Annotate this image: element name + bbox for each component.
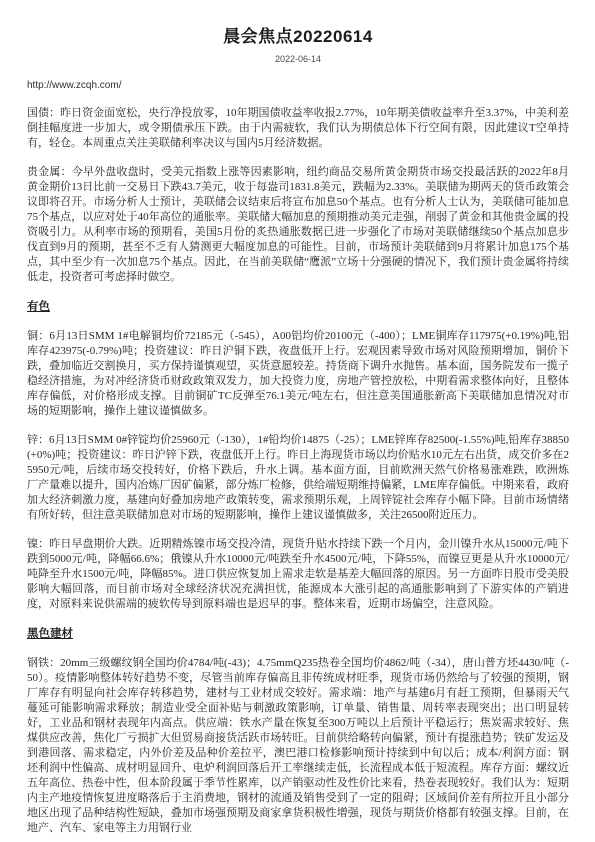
section-heading-ferrous-building-materials: 黑色建材 xyxy=(27,627,569,642)
paragraph-steel: 钢铁：20mm三级螺纹钢全国均价4784/吨(-43)；4.75mmQ235热卷… xyxy=(27,656,569,836)
paragraph-copper: 铜：6月13日SMM 1#电解铜均价72185元（-545），A00铝均价201… xyxy=(27,329,569,419)
document-date: 2022-06-14 xyxy=(27,54,569,64)
paragraph-treasury-bonds: 国债：昨日资金面宽松，央行净投放零，10年期国债收益率收报2.77%，10年期美… xyxy=(27,106,569,151)
document-page: 晨会焦点20220614 2022-06-14 http://www.zcqh.… xyxy=(0,0,595,842)
section-heading-nonferrous: 有色 xyxy=(27,300,569,315)
paragraph-nickel: 镍：昨日早盘期价大跌。近期精炼镍市场交投冷清，现货升贴水持续下跌一个月内，金川镍… xyxy=(27,537,569,612)
paragraph-precious-metals: 贵金属：今早外盘收盘时，受美元指数上涨等因素影响，纽约商品交易所黄金期货市场交投… xyxy=(27,165,569,285)
document-title: 晨会焦点20220614 xyxy=(27,26,569,47)
paragraph-zinc: 锌：6月13日SMM 0#锌锭均价25960元（-130），1#铅均价14875… xyxy=(27,433,569,523)
source-url: http://www.zcqh.com/ xyxy=(27,80,569,92)
report-body: 国债：昨日资金面宽松，央行净投放零，10年期国债收益率收报2.77%，10年期美… xyxy=(27,106,569,836)
